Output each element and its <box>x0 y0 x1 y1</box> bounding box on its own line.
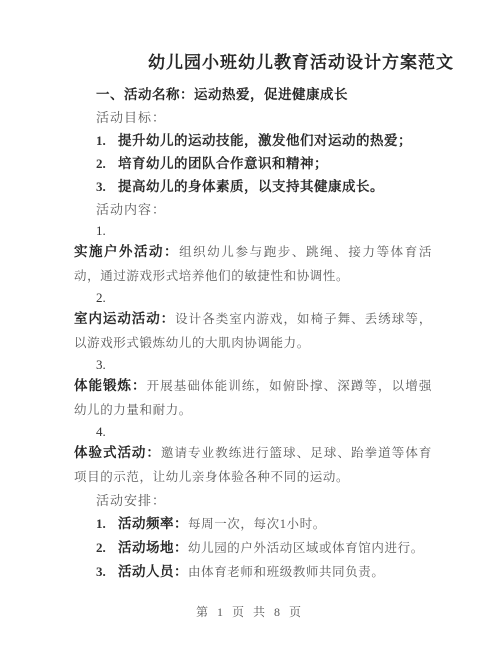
goal-item: 1. 提升幼儿的运动技能，激发他们对运动的热爱； <box>74 129 432 152</box>
content-item-paragraph: 室内运动活动：设计各类室内游戏，如椅子舞、丢绣球等，以游戏形式锻炼幼儿的大肌肉协… <box>74 307 432 355</box>
content-item-label: 体验式活动： <box>74 445 161 460</box>
content-item-paragraph: 体验式活动：邀请专业教练进行篮球、足球、跆拳道等体育项目的示范，让幼儿亲身体验各… <box>74 441 432 489</box>
schedule-item-text: 幼儿园的户外活动区域或体育馆内进行。 <box>188 541 424 555</box>
goal-item-number: 1. <box>96 129 118 152</box>
content-item-label: 实施户外活动： <box>74 244 179 259</box>
schedule-item-text: 由体育老师和班级教师共同负责。 <box>188 565 385 579</box>
schedule-item-label: 活动频率： <box>118 516 188 531</box>
schedule-section-label: 活动安排： <box>74 489 432 512</box>
content-item-number: 1. <box>74 221 432 240</box>
content-item-number: 4. <box>74 422 432 441</box>
goal-item-number: 2. <box>96 152 118 175</box>
goal-item-number: 3. <box>96 175 118 198</box>
schedule-item-label: 活动人员： <box>118 564 188 579</box>
content-section-label: 活动内容： <box>74 198 432 221</box>
schedule-item-number: 2. <box>96 536 118 560</box>
schedule-item-label: 活动场地： <box>118 540 188 555</box>
schedule-item-number: 3. <box>96 560 118 584</box>
activity-name-heading: 一、活动名称：运动热爱，促进健康成长 <box>74 83 432 106</box>
content-item-label: 室内运动活动： <box>74 311 175 326</box>
goal-item-text: 提升幼儿的运动技能，激发他们对运动的热爱； <box>118 129 412 152</box>
schedule-item-number: 1. <box>96 512 118 536</box>
content-item-paragraph: 实施户外活动：组织幼儿参与跑步、跳绳、接力等体育活动，通过游戏形式培养他们的敏捷… <box>74 240 432 288</box>
document-page: 幼儿园小班幼儿教育活动设计方案范文 一、活动名称：运动热爱，促进健康成长 活动目… <box>0 0 500 647</box>
schedule-item: 1. 活动频率：每周一次，每次1小时。 <box>74 512 432 536</box>
content-item-label: 体能锻炼： <box>74 378 147 393</box>
content-item-paragraph: 体能锻炼：开展基础体能训练，如俯卧撑、深蹲等，以增强幼儿的力量和耐力。 <box>74 374 432 422</box>
goals-section-label: 活动目标： <box>74 106 432 129</box>
goal-item-text: 提高幼儿的身体素质，以支持其健康成长。 <box>118 175 384 198</box>
schedule-item: 2. 活动场地：幼儿园的户外活动区域或体育馆内进行。 <box>74 536 432 560</box>
page-number-footer: 第 1 页 共 8 页 <box>0 603 500 620</box>
document-title: 幼儿园小班幼儿教育活动设计方案范文 <box>74 52 432 74</box>
content-item-number: 2. <box>74 288 432 307</box>
content-item-number: 3. <box>74 355 432 374</box>
goal-item-text: 培育幼儿的团队合作意识和精神； <box>118 152 328 175</box>
schedule-item-text: 每周一次，每次1小时。 <box>188 517 326 531</box>
goal-item: 3. 提高幼儿的身体素质，以支持其健康成长。 <box>74 175 432 198</box>
schedule-item: 3. 活动人员：由体育老师和班级教师共同负责。 <box>74 560 432 584</box>
goal-item: 2. 培育幼儿的团队合作意识和精神； <box>74 152 432 175</box>
